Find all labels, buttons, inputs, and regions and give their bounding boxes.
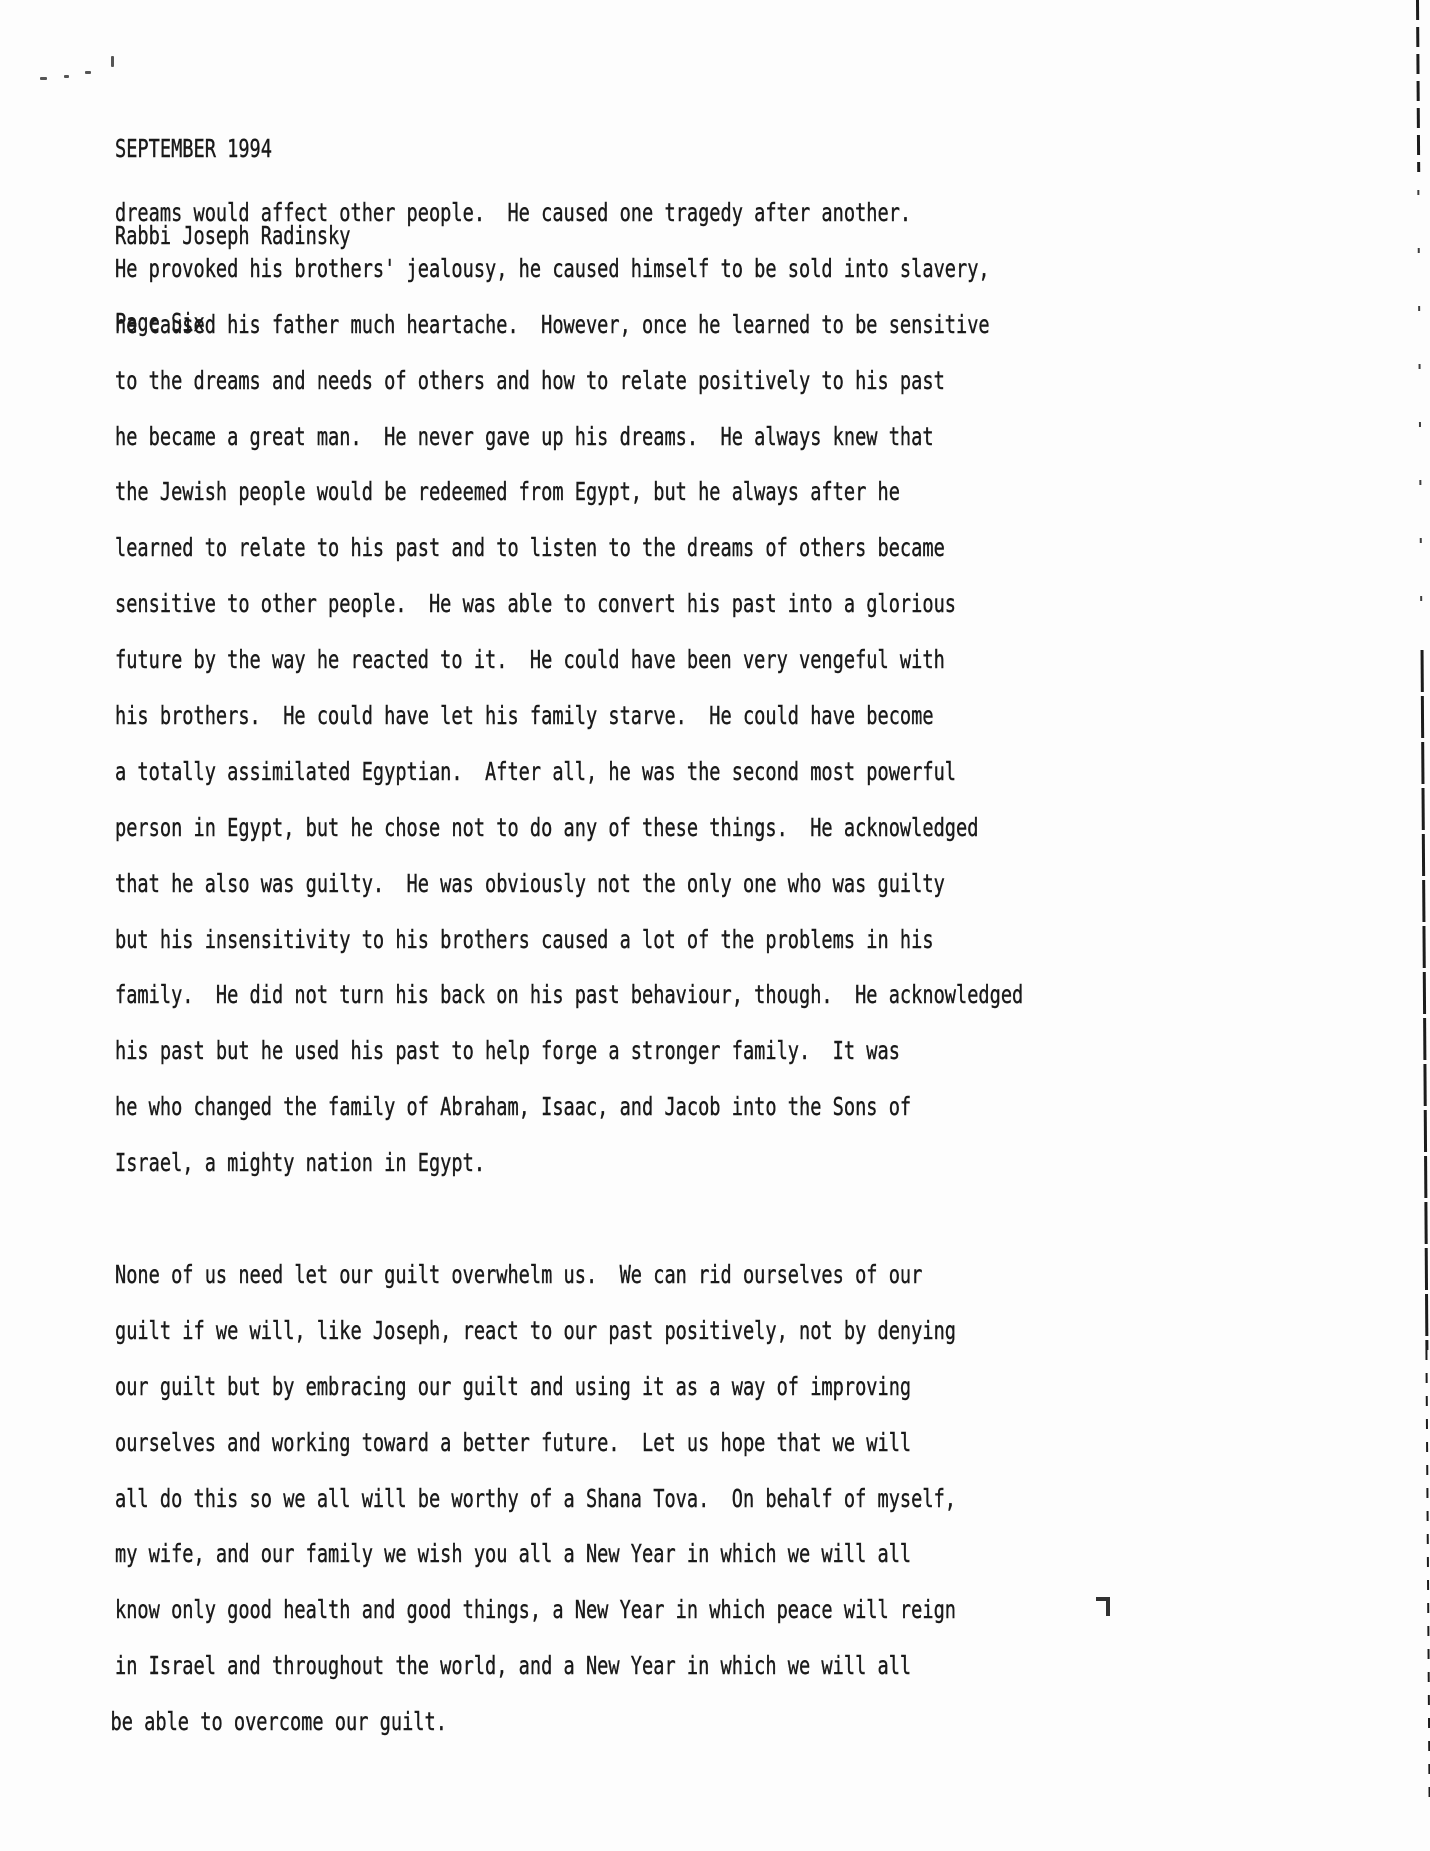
body-paragraph-new-year: None of us need let our guilt overwhelm … [115, 1247, 956, 1750]
text-line: his brothers. He could have let his fami… [115, 688, 1023, 744]
text-line: his past but he used his past to help fo… [115, 1023, 1023, 1079]
ink-speck [40, 77, 47, 80]
stray-ink-mark [1096, 1597, 1110, 1616]
text-line: guilt if we will, like Joseph, react to … [115, 1303, 956, 1359]
text-line: None of us need let our guilt overwhelm … [115, 1247, 956, 1303]
text-line: dreams would affect other people. He cau… [115, 185, 1023, 241]
text-line: our guilt but by embracing our guilt and… [115, 1359, 956, 1415]
text-line: in Israel and throughout the world, and … [115, 1638, 956, 1694]
scan-line-segment [1425, 1350, 1430, 1810]
header-date: SEPTEMBER 1994 [115, 134, 350, 163]
text-line: learned to relate to his past and to lis… [115, 520, 1023, 576]
scan-artifact-right-margin-line [1416, 0, 1430, 1851]
text-line: but his insensitivity to his brothers ca… [115, 912, 1023, 968]
scanned-document-page: SEPTEMBER 1994 Rabbi Joseph Radinsky Pag… [0, 0, 1430, 1851]
text-line: the Jewish people would be redeemed from… [115, 464, 1023, 520]
text-line: that he also was guilty. He was obviousl… [115, 856, 1023, 912]
body-paragraph-joseph: dreams would affect other people. He cau… [115, 185, 1023, 1191]
text-line: He provoked his brothers' jealousy, he c… [115, 241, 1023, 297]
text-line: my wife, and our family we wish you all … [115, 1526, 956, 1582]
ink-speck [85, 71, 91, 74]
text-line: future by the way he reacted to it. He c… [115, 632, 1023, 688]
text-line: he became a great man. He never gave up … [115, 409, 1023, 465]
text-line: be able to overcome our guilt. [111, 1694, 956, 1750]
text-line: sensitive to other people. He was able t… [115, 576, 1023, 632]
ink-speck [64, 75, 69, 78]
text-line: he caused his father much heartache. How… [115, 297, 1023, 353]
text-line: a totally assimilated Egyptian. After al… [115, 744, 1023, 800]
text-line: ourselves and working toward a better fu… [115, 1415, 956, 1471]
text-line: he who changed the family of Abraham, Is… [115, 1079, 1023, 1135]
text-line: family. He did not turn his back on his … [115, 967, 1023, 1023]
scan-line-segment [1416, 0, 1420, 172]
text-line: Israel, a mighty nation in Egypt. [115, 1135, 1023, 1191]
text-line: all do this so we all will be worthy of … [115, 1471, 956, 1527]
scan-line-segment [1417, 190, 1422, 650]
text-line: know only good health and good things, a… [115, 1582, 956, 1638]
text-line: to the dreams and needs of others and ho… [115, 353, 1023, 409]
ink-speck [111, 56, 114, 67]
text-line: person in Egypt, but he chose not to do … [115, 800, 1023, 856]
scan-line-segment [1421, 650, 1429, 1350]
